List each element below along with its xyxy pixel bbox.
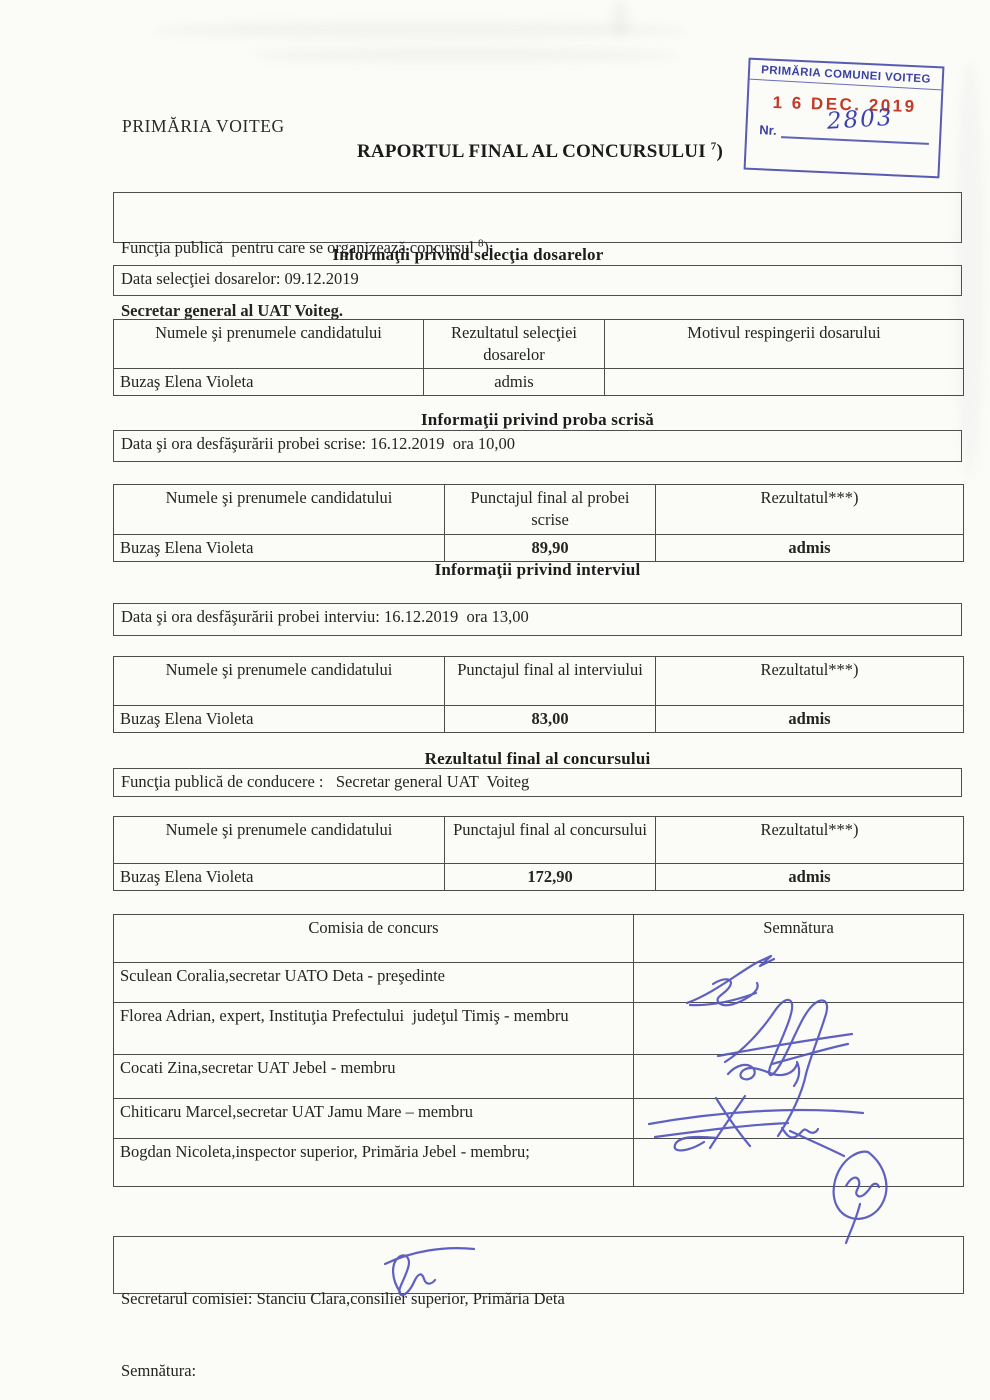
commission-header-row: Comisia de concurs Semnătura bbox=[114, 915, 964, 963]
selection-table: Numele şi prenumele candidatului Rezulta… bbox=[113, 319, 964, 396]
scan-smudge bbox=[612, 0, 628, 36]
interview-col2-header: Punctajul final al interviului bbox=[445, 657, 656, 706]
selection-table-header-row: Numele şi prenumele candidatului Rezulta… bbox=[114, 320, 964, 369]
written-col1-header: Numele şi prenumele candidatului bbox=[114, 485, 445, 535]
selection-col3-header: Motivul respingerii dosarului bbox=[605, 320, 964, 369]
final-score: 172,90 bbox=[445, 864, 656, 891]
signature-cell bbox=[634, 1099, 964, 1139]
institution-name: PRIMĂRIA VOITEG bbox=[122, 116, 285, 137]
commission-table: Comisia de concurs Semnătura Sculean Cor… bbox=[113, 914, 964, 1187]
interview-col1-header: Numele şi prenumele candidatului bbox=[114, 657, 445, 706]
secretary-signature-label: Semnătura: bbox=[121, 1359, 956, 1383]
secretary-line: Secretarul comisiei: Stanciu Clara,consi… bbox=[121, 1287, 956, 1311]
final-col2-header: Punctajul final al concursului bbox=[445, 817, 656, 864]
selection-table-row: Buzaş Elena Violeta admis bbox=[114, 369, 964, 396]
commission-member: Florea Adrian, expert, Instituţia Prefec… bbox=[114, 1003, 634, 1055]
candidate-name: Buzaş Elena Violeta bbox=[114, 369, 424, 396]
stamp-number-row: Nr. 2803 bbox=[747, 115, 940, 146]
signature-cell bbox=[634, 1055, 964, 1099]
final-table-row: Buzaş Elena Violeta 172,90 admis bbox=[114, 864, 964, 891]
interview-table: Numele şi prenumele candidatului Punctaj… bbox=[113, 656, 964, 733]
document-title-text: RAPORTUL FINAL AL CONCURSULUI bbox=[357, 141, 711, 162]
section-heading-final: Rezultatul final al concursului bbox=[113, 749, 962, 769]
scan-smudge bbox=[250, 48, 680, 62]
commission-col1-header: Comisia de concurs bbox=[114, 915, 634, 963]
final-function-box: Funcţia publică de conducere : Secretar … bbox=[113, 768, 962, 797]
selection-col1-header: Numele şi prenumele candidatului bbox=[114, 320, 424, 369]
commission-member: Bogdan Nicoleta,inspector superior, Prim… bbox=[114, 1139, 634, 1187]
selection-col2-header: Rezultatul selecţiei dosarelor bbox=[424, 320, 605, 369]
section-heading-interview: Informaţii privind interviul bbox=[113, 560, 962, 580]
stamp-nr-label: Nr. bbox=[759, 122, 777, 138]
written-table-row: Buzaş Elena Violeta 89,90 admis bbox=[114, 535, 964, 562]
stamp-nr-line: 2803 bbox=[781, 116, 930, 145]
written-table: Numele şi prenumele candidatului Punctaj… bbox=[113, 484, 964, 562]
commission-member-row: Florea Adrian, expert, Instituţia Prefec… bbox=[114, 1003, 964, 1055]
commission-member: Cocati Zina,secretar UAT Jebel - membru bbox=[114, 1055, 634, 1099]
final-col3-header: Rezultatul***) bbox=[656, 817, 964, 864]
title-paren: ) bbox=[716, 141, 723, 162]
commission-member-row: Cocati Zina,secretar UAT Jebel - membru bbox=[114, 1055, 964, 1099]
selection-result: admis bbox=[424, 369, 605, 396]
interview-table-row: Buzaş Elena Violeta 83,00 admis bbox=[114, 706, 964, 733]
selection-date-box: Data selecţiei dosarelor: 09.12.2019 bbox=[113, 265, 962, 296]
written-table-header-row: Numele şi prenumele candidatului Punctaj… bbox=[114, 485, 964, 535]
commission-member-row: Chiticaru Marcel,secretar UAT Jamu Mare … bbox=[114, 1099, 964, 1139]
final-table-header-row: Numele şi prenumele candidatului Punctaj… bbox=[114, 817, 964, 864]
candidate-name: Buzaş Elena Violeta bbox=[114, 864, 445, 891]
final-table: Numele şi prenumele candidatului Punctaj… bbox=[113, 816, 964, 891]
stamp-institution: PRIMĂRIA COMUNEI VOITEG bbox=[750, 59, 943, 91]
section-heading-written: Informaţii privind proba scrisă bbox=[113, 410, 962, 430]
scan-smudge bbox=[150, 22, 690, 38]
interview-col3-header: Rezultatul***) bbox=[656, 657, 964, 706]
commission-member: Sculean Coralia,secretar UATO Deta - pre… bbox=[114, 963, 634, 1003]
interview-date-box: Data şi ora desfăşurării probei interviu… bbox=[113, 603, 962, 636]
rejection-reason bbox=[605, 369, 964, 396]
commission-col2-header: Semnătura bbox=[634, 915, 964, 963]
function-box-line2: Secretar general al UAT Voiteg. bbox=[121, 300, 954, 321]
interview-table-header-row: Numele şi prenumele candidatului Punctaj… bbox=[114, 657, 964, 706]
signature-cell bbox=[634, 1139, 964, 1187]
written-col3-header: Rezultatul***) bbox=[656, 485, 964, 535]
written-result: admis bbox=[656, 535, 964, 562]
final-col1-header: Numele şi prenumele candidatului bbox=[114, 817, 445, 864]
written-date-box: Data şi ora desfăşurării probei scrise: … bbox=[113, 430, 962, 462]
candidate-name: Buzaş Elena Violeta bbox=[114, 706, 445, 733]
written-score: 89,90 bbox=[445, 535, 656, 562]
section-heading-selection: Informaţii privind selecţia dosarelor bbox=[113, 245, 823, 265]
registration-stamp: PRIMĂRIA COMUNEI VOITEG 1 6 DEC. 2019 Nr… bbox=[744, 58, 945, 179]
final-result: admis bbox=[656, 864, 964, 891]
written-col2-header: Punctajul final al probei scrise bbox=[445, 485, 656, 535]
scanned-document-page: { "header": { "institution": "PRIMĂRIA V… bbox=[0, 0, 990, 1400]
commission-member-row: Bogdan Nicoleta,inspector superior, Prim… bbox=[114, 1139, 964, 1187]
stamp-nr-value: 2803 bbox=[826, 105, 894, 135]
function-box: Funcţia publică pentru care se organizea… bbox=[113, 192, 962, 243]
commission-member: Chiticaru Marcel,secretar UAT Jamu Mare … bbox=[114, 1099, 634, 1139]
interview-result: admis bbox=[656, 706, 964, 733]
secretary-box: Secretarul comisiei: Stanciu Clara,consi… bbox=[113, 1236, 964, 1294]
candidate-name: Buzaş Elena Violeta bbox=[114, 535, 445, 562]
commission-member-row: Sculean Coralia,secretar UATO Deta - pre… bbox=[114, 963, 964, 1003]
interview-score: 83,00 bbox=[445, 706, 656, 733]
signature-cell bbox=[634, 963, 964, 1003]
signature-cell bbox=[634, 1003, 964, 1055]
